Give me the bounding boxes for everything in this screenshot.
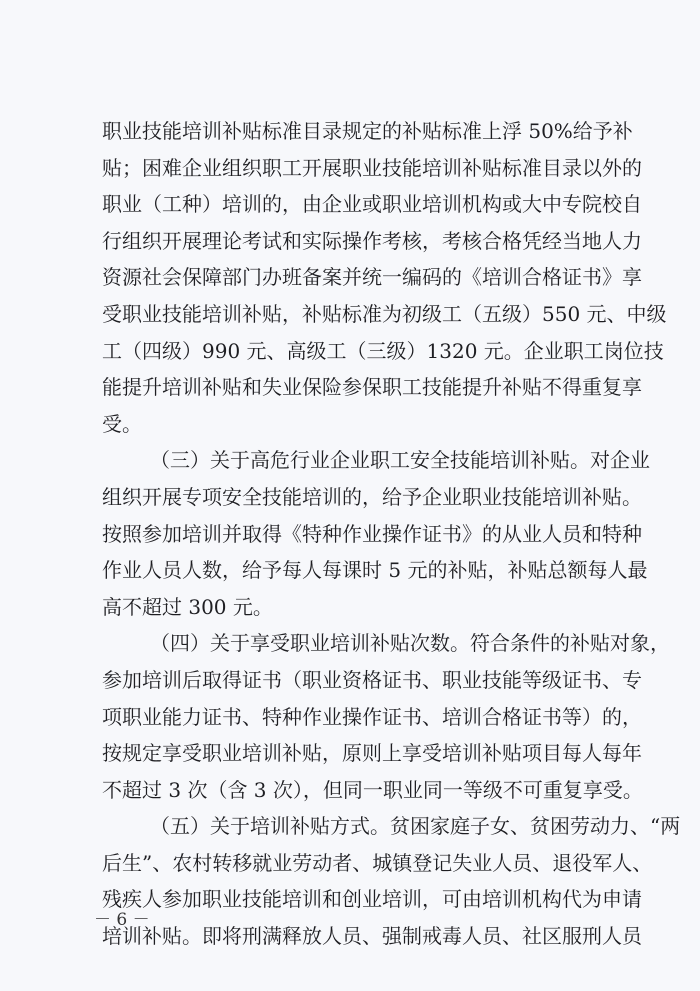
text-line: 按规定享受职业培训补贴，原则上享受培训补贴项目每人每年 bbox=[102, 735, 612, 772]
text-line: 职业（工种）培训的，由企业或职业培训机构或大中专院校自 bbox=[102, 186, 612, 223]
document-body: 职业技能培训补贴标准目录规定的补贴标准上浮 50%给予补贴；困难企业组织职工开展… bbox=[102, 113, 612, 955]
text-line: 培训补贴。即将刑满释放人员、强制戒毒人员、社区服刑人员 bbox=[102, 918, 612, 955]
text-line: 受职业技能培训补贴，补贴标准为初级工（五级）550 元、中级 bbox=[102, 296, 612, 333]
text-line: 后生”、农村转移就业劳动者、城镇登记失业人员、退役军人、 bbox=[102, 845, 612, 882]
document-page: 职业技能培训补贴标准目录规定的补贴标准上浮 50%给予补贴；困难企业组织职工开展… bbox=[0, 0, 700, 991]
text-line: 按照参加培训并取得《特种作业操作证书》的从业人员和特种 bbox=[102, 516, 612, 553]
page-number: － 6 － bbox=[94, 905, 150, 930]
text-line: 工（四级）990 元、高级工（三级）1320 元。企业职工岗位技 bbox=[102, 333, 612, 370]
text-line: （四）关于享受职业培训补贴次数。符合条件的补贴对象， bbox=[102, 625, 612, 662]
text-line: 组织开展专项安全技能培训的，给予企业职业技能培训补贴。 bbox=[102, 479, 612, 516]
paragraph: （三）关于高危行业企业职工安全技能培训补贴。对企业组织开展专项安全技能培训的，给… bbox=[102, 442, 612, 625]
paragraph: （四）关于享受职业培训补贴次数。符合条件的补贴对象，参加培训后取得证书（职业资格… bbox=[102, 625, 612, 808]
text-line: 参加培训后取得证书（职业资格证书、职业技能等级证书、专 bbox=[102, 662, 612, 699]
text-line: 职业技能培训补贴标准目录规定的补贴标准上浮 50%给予补 bbox=[102, 113, 612, 150]
text-line: 高不超过 300 元。 bbox=[102, 589, 612, 626]
paragraph: （五）关于培训补贴方式。贫困家庭子女、贫困劳动力、“两后生”、农村转移就业劳动者… bbox=[102, 808, 612, 954]
text-line: 资源社会保障部门办班备案并统一编码的《培训合格证书》享 bbox=[102, 259, 612, 296]
text-line: 残疾人参加职业技能培训和创业培训，可由培训机构代为申请 bbox=[102, 881, 612, 918]
text-line: 作业人员人数，给予每人每课时 5 元的补贴，补贴总额每人最 bbox=[102, 552, 612, 589]
text-line: （五）关于培训补贴方式。贫困家庭子女、贫困劳动力、“两 bbox=[102, 808, 612, 845]
paragraph: 职业技能培训补贴标准目录规定的补贴标准上浮 50%给予补贴；困难企业组织职工开展… bbox=[102, 113, 612, 442]
text-line: （三）关于高危行业企业职工安全技能培训补贴。对企业 bbox=[102, 442, 612, 479]
text-line: 项职业能力证书、特种作业操作证书、培训合格证书等）的， bbox=[102, 699, 612, 736]
text-line: 受。 bbox=[102, 406, 612, 443]
text-line: 行组织开展理论考试和实际操作考核，考核合格凭经当地人力 bbox=[102, 223, 612, 260]
text-line: 贴；困难企业组织职工开展职业技能培训补贴标准目录以外的 bbox=[102, 150, 612, 187]
text-line: 不超过 3 次（含 3 次），但同一职业同一等级不可重复享受。 bbox=[102, 772, 612, 809]
text-line: 能提升培训补贴和失业保险参保职工技能提升补贴不得重复享 bbox=[102, 369, 612, 406]
